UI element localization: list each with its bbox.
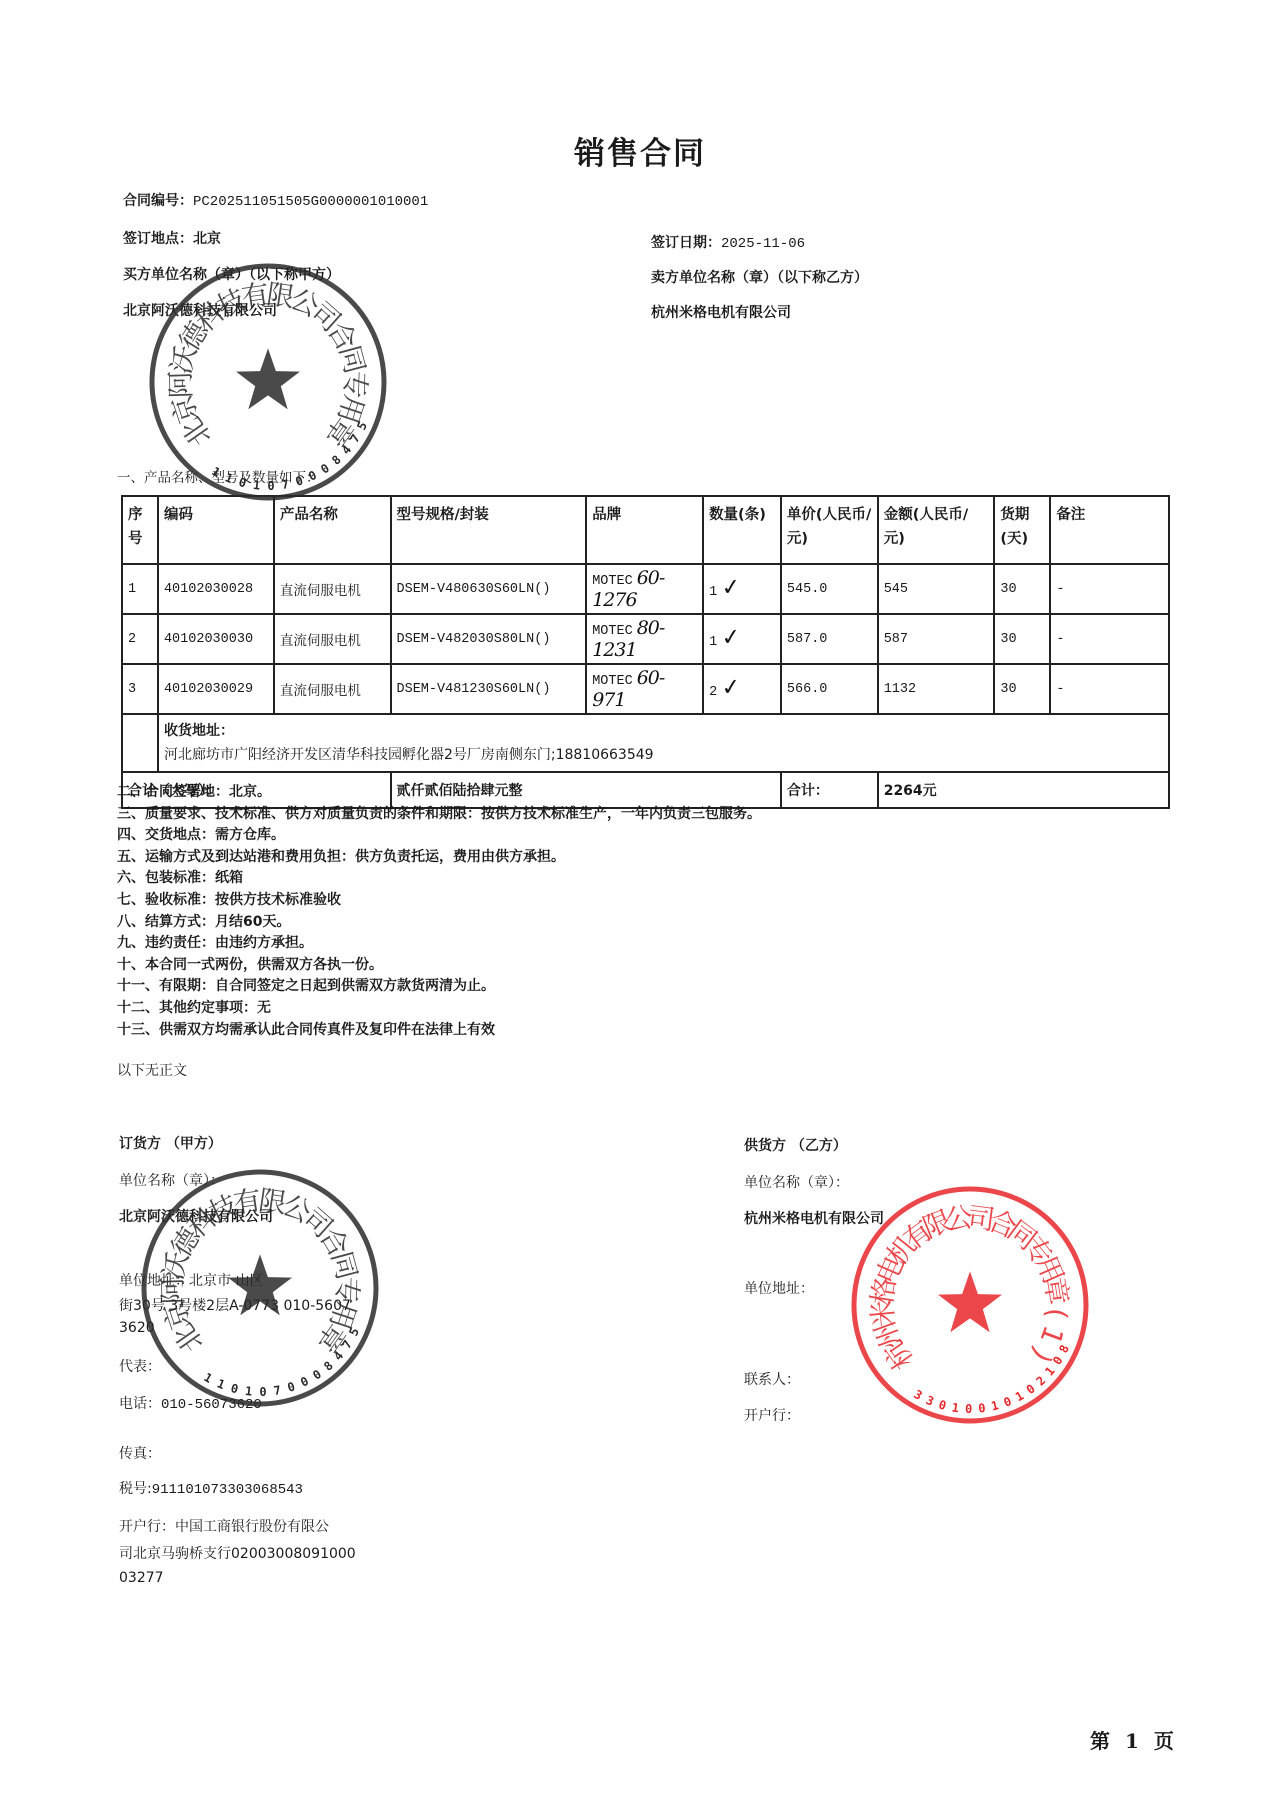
header-model: 型号规格/封装: [391, 496, 587, 564]
svg-text:0: 0: [294, 473, 305, 489]
row-product-name: 直流伺服电机: [274, 564, 391, 614]
seller-block-heading: 供货方 （乙方）: [744, 1135, 847, 1155]
svg-text:3: 3: [924, 1393, 936, 1409]
seller-name-label: 单位名称（章）：: [744, 1172, 849, 1192]
svg-text:0: 0: [977, 1401, 986, 1416]
products-table: 序号 编码 产品名称 型号规格/封装 品牌 数量(条) 单价(人民币/元) 金额…: [121, 495, 1170, 809]
clause: 三、质量要求、技术标准、供方对质量负责的条件和期限：按供方技术标准生产，一年内负…: [117, 804, 761, 826]
row-index: 3: [122, 664, 158, 714]
delivery-address-row: 收货地址： 河北廊坊市广阳经济开发区清华科技园孵化器2号厂房南侧东门;18810…: [122, 714, 1169, 772]
header-code: 编码: [158, 496, 274, 564]
svg-text:2: 2: [1034, 1373, 1049, 1388]
row-code: 40102030028: [158, 564, 274, 614]
svg-text:0: 0: [937, 1398, 948, 1413]
table-row: 1 40102030028 直流伺服电机 DSEM-V480630S60LN()…: [122, 564, 1169, 614]
delivery-address-value: 河北廊坊市广阳经济开发区清华科技园孵化器2号厂房南侧东门;18810663549: [164, 743, 1163, 767]
buyer-tax: 税号:911101073303068543: [119, 1478, 303, 1498]
seal-icon: 北京阿沃德科技有限公司合同专用章1101070008475: [148, 262, 388, 502]
svg-text:0: 0: [267, 479, 275, 493]
end-note: 以下无正文: [117, 1060, 187, 1080]
svg-text:1: 1: [244, 1384, 253, 1399]
svg-text:7: 7: [273, 1383, 282, 1398]
svg-text:8: 8: [321, 1358, 336, 1373]
page-number: 第 1 页: [1090, 1725, 1178, 1754]
buyer-bank-line2: 司北京马驹桥支行02003008091000: [119, 1543, 356, 1563]
clause: 五、运输方式及到达站港和费用负担：供方负责托运，费用由供方承担。: [117, 847, 761, 869]
buyer-tax-label: 税号:: [119, 1481, 152, 1497]
header-lead-time: 货期(天): [994, 496, 1050, 564]
quantity-text: 1: [709, 585, 717, 600]
clause: 十二、其他约定事项：无: [117, 998, 761, 1020]
buyer-bank-line3: 03277: [119, 1570, 164, 1586]
contract-number-label: 合同编号：: [123, 193, 193, 209]
row-index: 2: [122, 614, 158, 664]
header-index: 序号: [122, 496, 158, 564]
buyer-bank-label: 开户行：: [119, 1519, 175, 1535]
table-header-row: 序号 编码 产品名称 型号规格/封装 品牌 数量(条) 单价(人民币/元) 金额…: [122, 496, 1169, 564]
clause: 二、合同签署地：北京。: [117, 782, 761, 804]
row-model: DSEM-V481230S60LN(): [391, 664, 587, 714]
row-amount: 587: [878, 614, 995, 664]
row-unit-price: 587.0: [781, 614, 878, 664]
sign-date-label: 签订日期：: [651, 235, 721, 251]
row-amount: 545: [878, 564, 995, 614]
sign-place-label: 签订地点：: [123, 231, 193, 247]
brand-text: MOTEC: [592, 574, 633, 589]
clause: 九、违约责任：由违约方承担。: [117, 933, 761, 955]
contract-number-value: PC202511051505G0000001010001: [193, 194, 428, 210]
row-model: DSEM-V480630S60LN(): [391, 564, 587, 614]
header-remark: 备注: [1050, 496, 1169, 564]
svg-text:1: 1: [252, 478, 261, 493]
svg-text:1: 1: [1033, 1321, 1070, 1349]
total-label: 合计：: [781, 772, 878, 808]
row-remark: -: [1050, 664, 1169, 714]
document-title: 销售合同: [0, 128, 1280, 173]
buyer-block-heading: 订货方 （甲方）: [119, 1133, 222, 1153]
quantity-text: 2: [709, 685, 717, 700]
svg-text:0: 0: [306, 468, 319, 484]
brand-text: MOTEC: [592, 674, 633, 689]
svg-text:1: 1: [215, 1376, 227, 1392]
seller-address-label: 单位地址：: [744, 1278, 814, 1298]
svg-text:0: 0: [298, 1374, 311, 1390]
row-index: 1: [122, 564, 158, 614]
table-row: 3 40102030029 直流伺服电机 DSEM-V481230S60LN()…: [122, 664, 1169, 714]
buyer-bank-line1: 中国工商银行股份有限公: [175, 1519, 329, 1535]
row-brand: MOTEC60-1276: [586, 564, 703, 614]
svg-text:(: (: [1040, 1307, 1074, 1321]
row-amount: 1132: [878, 664, 995, 714]
clause: 八、结算方式：月结60天。: [117, 912, 761, 934]
svg-text:1: 1: [951, 1400, 960, 1415]
seller-name: 杭州米格电机有限公司: [651, 302, 791, 322]
svg-text:0: 0: [310, 1367, 324, 1383]
clause: 十三、供需双方均需承认此合同传真件及复印件在法律上有效: [117, 1020, 761, 1042]
svg-text:0: 0: [318, 461, 332, 477]
seller-contact-label: 联系人：: [744, 1369, 800, 1389]
clause: 十、本合同一式两份，供需双方各执一份。: [117, 955, 761, 977]
header-unit-price: 单价(人民币/元): [781, 496, 878, 564]
buyer-fax-label: 传真：: [119, 1443, 161, 1463]
row-quantity: 1✓: [703, 614, 781, 664]
header-quantity: 数量(条): [703, 496, 781, 564]
svg-text:0: 0: [229, 1381, 239, 1396]
seal-icon: 北京阿沃德科技有限公司合同专用章1101070008475: [140, 1168, 380, 1408]
row-code: 40102030030: [158, 614, 274, 664]
seller-label: 卖方单位名称（章）（以下称乙方）: [651, 267, 868, 287]
contract-number: 合同编号：PC202511051505G0000001010001: [123, 190, 428, 210]
row-remark: -: [1050, 564, 1169, 614]
clause: 六、包装标准：纸箱: [117, 868, 761, 890]
row-lead-time: 30: [994, 564, 1050, 614]
svg-text:1: 1: [990, 1398, 1000, 1413]
sign-place-value: 北京: [193, 231, 221, 247]
header-brand: 品牌: [586, 496, 703, 564]
buyer-bank: 开户行：中国工商银行股份有限公: [119, 1516, 329, 1536]
svg-text:0: 0: [1024, 1382, 1038, 1398]
row-remark: -: [1050, 614, 1169, 664]
seal-icon: 杭州米格电机有限公司合同专用章(1)33010010102108: [850, 1185, 1090, 1425]
svg-text:0: 0: [286, 1379, 297, 1395]
delivery-address: 收货地址： 河北廊坊市广阳经济开发区清华科技园孵化器2号厂房南侧东门;18810…: [158, 714, 1169, 772]
clause: 七、验收标准：按供方技术标准验收: [117, 890, 761, 912]
delivery-address-label: 收货地址：: [164, 719, 1163, 743]
row-quantity: 1✓: [703, 564, 781, 614]
header-product-name: 产品名称: [274, 496, 391, 564]
buyer-seal-stamp-bottom: 北京阿沃德科技有限公司合同专用章1101070008475: [140, 1168, 380, 1408]
clause: 十一、有限期：自合同签定之日起到供需双方款货两清为止。: [117, 976, 761, 998]
brand-text: MOTEC: [592, 624, 633, 639]
clause: 四、交货地点：需方仓库。: [117, 825, 761, 847]
row-brand: MOTEC80-1231: [586, 614, 703, 664]
row-lead-time: 30: [994, 664, 1050, 714]
quantity-text: 1: [709, 635, 717, 650]
row-unit-price: 566.0: [781, 664, 878, 714]
header-amount: 金额(人民币/元): [878, 496, 995, 564]
contract-clauses: 二、合同签署地：北京。 三、质量要求、技术标准、供方对质量负责的条件和期限：按供…: [117, 782, 761, 1041]
seller-bank-label: 开户行：: [744, 1405, 800, 1425]
svg-text:0: 0: [1002, 1394, 1014, 1410]
row-product-name: 直流伺服电机: [274, 614, 391, 664]
svg-text:0: 0: [237, 475, 247, 490]
buyer-tax-value: 911101073303068543: [152, 1482, 303, 1498]
svg-text:1: 1: [223, 470, 235, 486]
svg-text:1: 1: [209, 464, 222, 480]
buyer-seal-stamp-top: 北京阿沃德科技有限公司合同专用章1101070008475: [148, 262, 388, 502]
row-quantity: 2✓: [703, 664, 781, 714]
sign-date-value: 2025-11-06: [721, 236, 805, 252]
svg-text:0: 0: [259, 1385, 267, 1399]
svg-text:3: 3: [911, 1387, 924, 1403]
sign-place: 签订地点：北京: [123, 228, 221, 248]
svg-text:章: 章: [1038, 1275, 1075, 1307]
row-product-name: 直流伺服电机: [274, 664, 391, 714]
row-brand: MOTEC60-971: [586, 664, 703, 714]
seller-seal-stamp: 杭州米格电机有限公司合同专用章(1)33010010102108: [850, 1185, 1090, 1425]
checkmark-icon: ✓: [722, 678, 739, 698]
row-lead-time: 30: [994, 614, 1050, 664]
total-value: 2264元: [878, 772, 1169, 808]
svg-text:0: 0: [965, 1402, 972, 1416]
svg-text:7: 7: [281, 477, 290, 492]
svg-text:1: 1: [201, 1370, 214, 1386]
checkmark-icon: ✓: [722, 578, 739, 598]
svg-text:8: 8: [329, 452, 344, 467]
table-row: 2 40102030030 直流伺服电机 DSEM-V482030S80LN()…: [122, 614, 1169, 664]
sign-date: 签订日期：2025-11-06: [651, 232, 805, 252]
svg-text:1: 1: [1013, 1388, 1026, 1404]
checkmark-icon: ✓: [722, 628, 739, 648]
row-code: 40102030029: [158, 664, 274, 714]
row-unit-price: 545.0: [781, 564, 878, 614]
row-model: DSEM-V482030S80LN(): [391, 614, 587, 664]
